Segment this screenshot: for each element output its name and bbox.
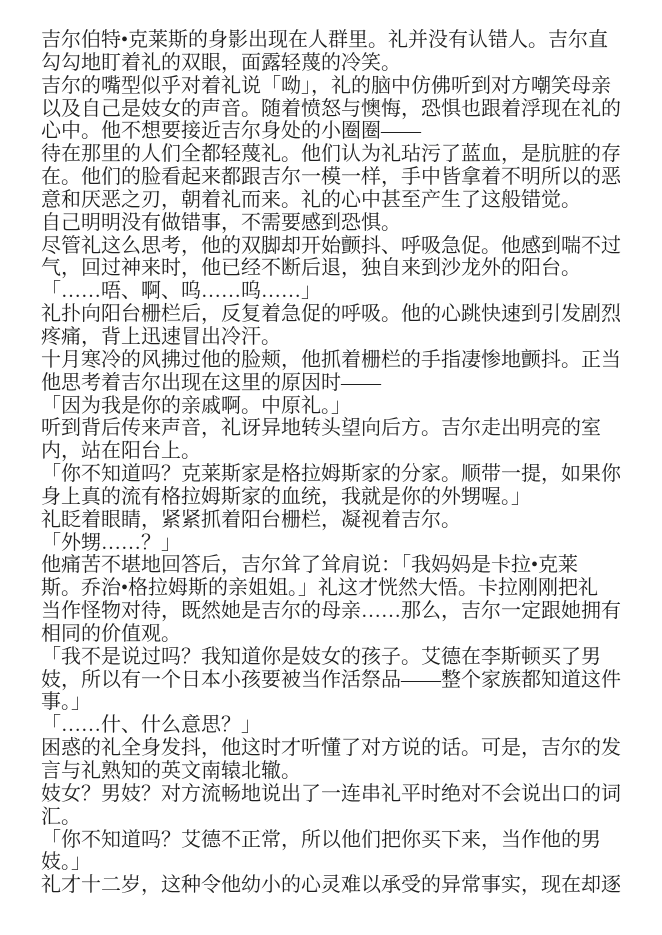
text-line: 以及自己是妓女的声音。随着愤怒与懊悔，恐惧也跟着浮现在礼的	[41, 98, 642, 121]
text-line: 十月寒冷的风拂过他的脸颊，他抓着栅栏的手指凄惨地颤抖。正当	[41, 349, 642, 372]
text-line: 吉尔的嘴型似乎对着礼说「呦」，礼的脑中仿佛听到对方嘲笑母亲	[41, 75, 642, 98]
text-line: 汇。	[41, 806, 642, 829]
text-line: 言与礼熟知的英文南辕北辙。	[41, 760, 642, 783]
text-line: 「你不知道吗？艾德不正常，所以他们把你买下来，当作他的男	[41, 829, 642, 852]
text-line: 相同的价值观。	[41, 623, 642, 646]
text-line: 「外甥……？」	[41, 532, 642, 555]
text-line: 礼眨着眼睛，紧紧抓着阳台栅栏，凝视着吉尔。	[41, 509, 642, 532]
text-line: 「……唔、啊、呜……呜……」	[41, 280, 642, 303]
text-line: 内，站在阳台上。	[41, 440, 642, 463]
text-line: 心中。他不想要接近吉尔身处的小圈圈——	[41, 120, 642, 143]
text-line: 「我不是说过吗？我知道你是妓女的孩子。艾德在李斯顿买了男	[41, 646, 642, 669]
text-line: 「……什、什么意思？」	[41, 714, 642, 737]
text-line: 「因为我是你的亲戚啊。中原礼。」	[41, 395, 642, 418]
text-line: 疼痛，背上迅速冒出冷汗。	[41, 326, 642, 349]
text-line: 听到背后传来声音，礼讶异地转头望向后方。吉尔走出明亮的室	[41, 417, 642, 440]
text-line: 妓女？男妓？对方流畅地说出了一连串礼平时绝对不会说出口的词	[41, 783, 642, 806]
novel-page: 吉尔伯特•克莱斯的身影出现在人群里。礼并没有认错人。吉尔直 勾勾地盯着礼的双眼，…	[0, 0, 662, 935]
text-line: 勾勾地盯着礼的双眼，面露轻蔑的冷笑。	[41, 52, 642, 75]
text-line: 他思考着吉尔出现在这里的原因时——	[41, 372, 642, 395]
text-line: 他痛苦不堪地回答后，吉尔耸了耸肩说：「我妈妈是卡拉•克莱	[41, 554, 642, 577]
text-line: 意和厌恶之刃，朝着礼而来。礼的心中甚至产生了这般错觉。	[41, 189, 642, 212]
text-line: 待在那里的人们全都轻蔑礼。他们认为礼玷污了蓝血，是肮脏的存	[41, 143, 642, 166]
text-line: 在。他们的脸看起来都跟吉尔一模一样，手中皆拿着不明所以的恶	[41, 166, 642, 189]
novel-text-block: 吉尔伯特•克莱斯的身影出现在人群里。礼并没有认错人。吉尔直 勾勾地盯着礼的双眼，…	[41, 29, 642, 897]
text-line: 尽管礼这么思考，他的双脚却开始颤抖、呼吸急促。他感到喘不过	[41, 235, 642, 258]
text-line: 自己明明没有做错事，不需要感到恐惧。	[41, 212, 642, 235]
text-line: 事。」	[41, 691, 642, 714]
text-line: 「你不知道吗？克莱斯家是格拉姆斯家的分家。顺带一提，如果你	[41, 463, 642, 486]
text-line: 气，回过神来时，他已经不断后退，独自来到沙龙外的阳台。	[41, 257, 642, 280]
text-line: 吉尔伯特•克莱斯的身影出现在人群里。礼并没有认错人。吉尔直	[41, 29, 642, 52]
text-line: 礼才十二岁，这种令他幼小的心灵难以承受的异常事实，现在却逐	[41, 874, 642, 897]
text-line: 礼扑向阳台栅栏后，反复着急促的呼吸。他的心跳快速到引发剧烈	[41, 303, 642, 326]
text-line: 妓。」	[41, 851, 642, 874]
text-line: 妓，所以有一个日本小孩要被当作活祭品——整个家族都知道这件	[41, 669, 642, 692]
text-line: 斯。乔治•格拉姆斯的亲姐姐。」礼这才恍然大悟。卡拉刚刚把礼	[41, 577, 642, 600]
text-line: 困惑的礼全身发抖，他这时才听懂了对方说的话。可是，吉尔的发	[41, 737, 642, 760]
text-line: 当作怪物对待，既然她是吉尔的母亲……那么，吉尔一定跟她拥有	[41, 600, 642, 623]
text-line: 身上真的流有格拉姆斯家的血统，我就是你的外甥喔。」	[41, 486, 642, 509]
